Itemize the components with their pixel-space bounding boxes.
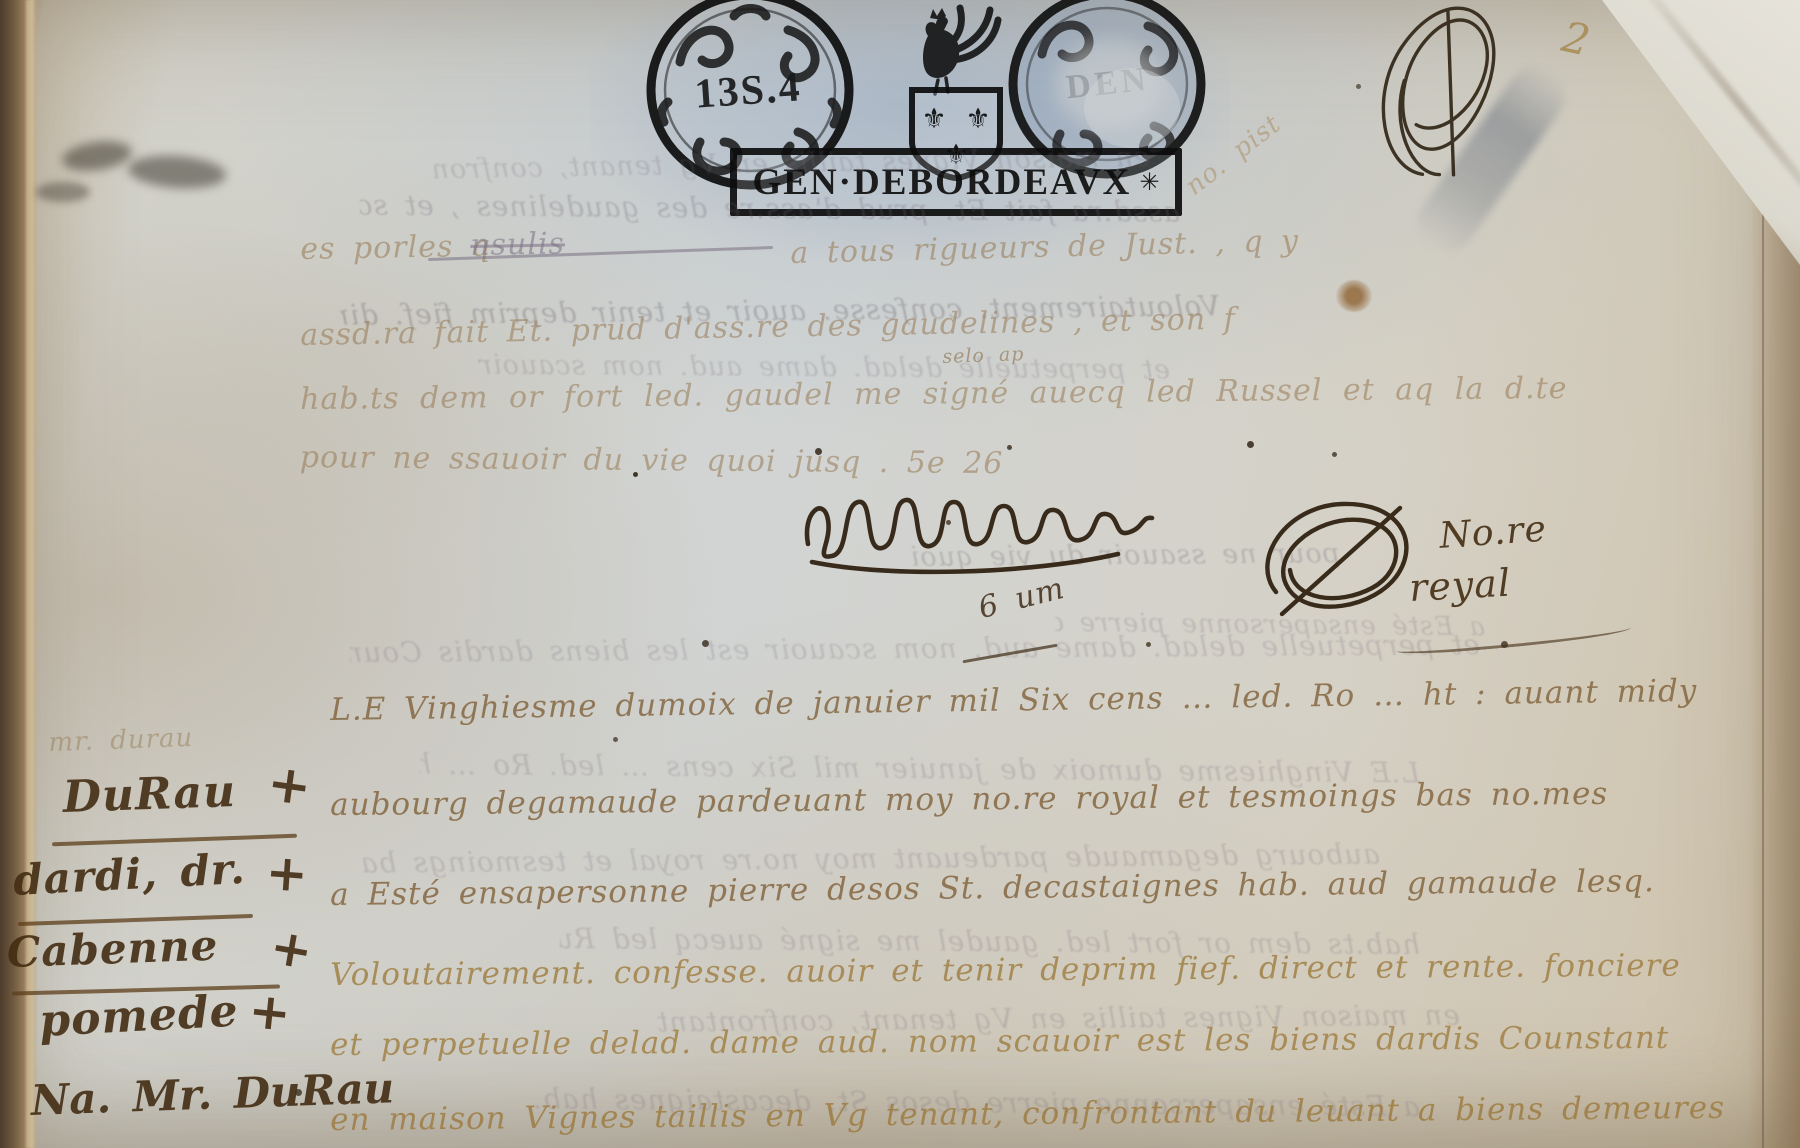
- notary-title-line1: No.re: [1438, 509, 1548, 557]
- ink-scribble: [1321, 0, 1590, 224]
- signature-flourish: [800, 462, 1170, 584]
- margin-note-faint: mr. durau: [48, 723, 194, 758]
- act-line: Voloutairement. confesse. auoir et tenir…: [330, 948, 1681, 993]
- brown-stain: [1336, 280, 1372, 312]
- margin-name: DuRau: [62, 766, 237, 823]
- margin-underline: [52, 834, 297, 847]
- witness-cross-mark: +: [264, 752, 317, 819]
- notary-title-line2: reyal: [1408, 561, 1512, 610]
- manuscript-photo: 13S.4 DEN ⚜ ⚜ ⚜ GEN·DEBO: [0, 0, 1800, 1148]
- stamp-fade-blotch: [1055, 40, 1165, 130]
- bleedthrough-line: et perpetuelle delad. dame aud. nom scau…: [350, 628, 1480, 678]
- witness-cross-mark: +: [246, 980, 295, 1043]
- ink-smudge: [60, 137, 133, 174]
- preamble-interline-note: selo ap: [942, 343, 1025, 368]
- margin-name: Cabenne: [6, 921, 219, 977]
- fleur-de-lis-icon: ⚜: [965, 102, 990, 135]
- witness-cross-mark: +: [266, 916, 318, 982]
- witness-cross-mark: +: [264, 842, 311, 904]
- act-line: et perpetuelle delad. dame aud. nom scau…: [330, 1020, 1669, 1063]
- act-line: L.E Vinghiesme dumoix de januier mil Six…: [330, 673, 1698, 728]
- signature-paraph: [1252, 496, 1427, 631]
- stamp-left-value: 13S.4: [693, 64, 803, 117]
- right-edge-line: [1762, 120, 1764, 1148]
- margin-name: dardi, dr.: [12, 844, 247, 905]
- fleur-de-lis-icon: ⚜: [921, 102, 946, 135]
- preamble-line: es porles q: [300, 229, 491, 267]
- ink-smudge: [36, 182, 90, 202]
- page-number: 2: [1558, 12, 1595, 66]
- margin-name: pomede: [38, 986, 240, 1047]
- ink-smudge: [127, 153, 227, 192]
